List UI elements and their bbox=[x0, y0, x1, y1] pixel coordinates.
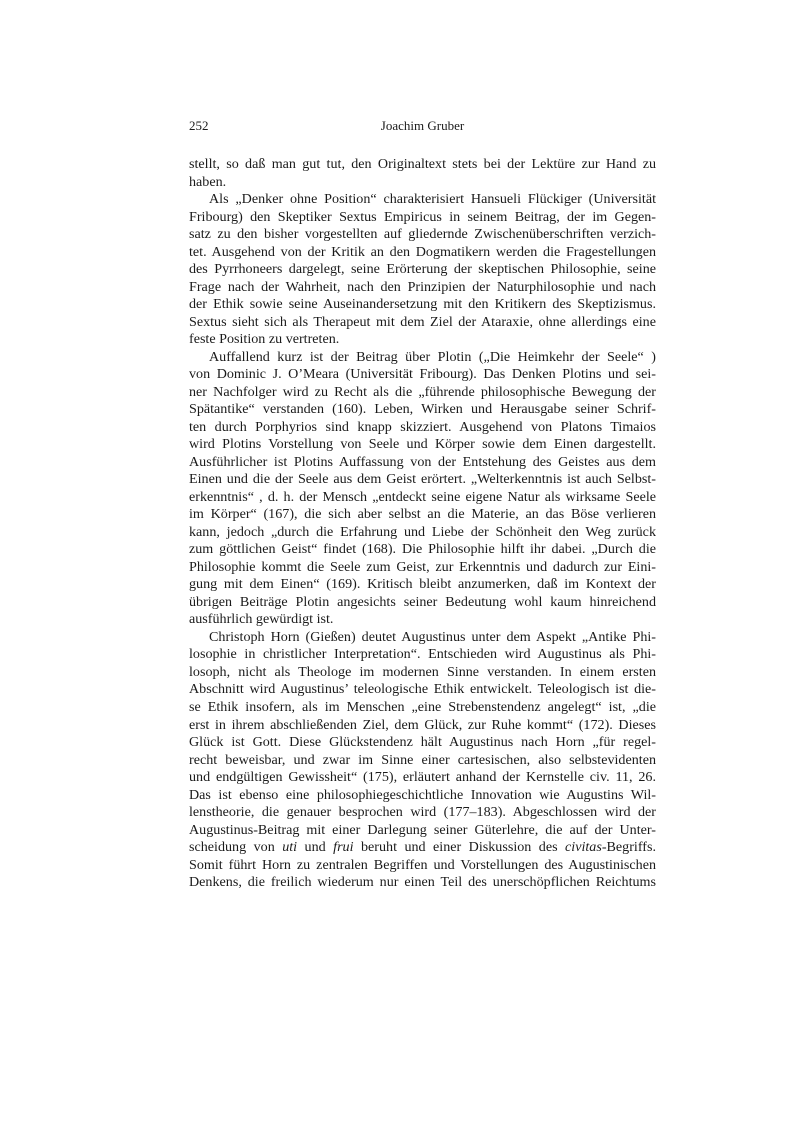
text-line: Ausführlicher ist Plotins Auffassung von… bbox=[189, 454, 656, 472]
text-line: zum göttlichen Geist“ findet (168). Die … bbox=[189, 541, 656, 559]
text-line: Das ist ebenso eine philosophiegeschicht… bbox=[189, 787, 656, 805]
page: 252 Joachim Gruber stellt, so daß man gu… bbox=[189, 112, 656, 892]
italic-term-civitas: civitas bbox=[565, 839, 602, 855]
text-line: und endgültigen Gewissheit“ (175), erläu… bbox=[189, 769, 656, 787]
text-line: Spätantike“ verstanden (160). Leben, Wir… bbox=[189, 401, 656, 419]
italic-term-frui: frui bbox=[333, 839, 353, 855]
text-line: übrigen Beiträge Plotin angesichts seine… bbox=[189, 594, 656, 612]
text-line: recht beweisbar, und zwar im Sinne einer… bbox=[189, 752, 656, 770]
text-line: Christoph Horn (Gießen) deutet Augustinu… bbox=[189, 629, 656, 647]
text-line: ten durch Porphyrios sind knapp skizzier… bbox=[189, 419, 656, 437]
text-line: ausführlich gewürdigt ist. bbox=[189, 611, 656, 629]
text-line: ner Nachfolger wird zu Recht als die „fü… bbox=[189, 384, 656, 402]
text-line: wird Plotins Vorstellung von Seele und K… bbox=[189, 436, 656, 454]
text-line: satz zu den bisher vorgestellten auf gli… bbox=[189, 226, 656, 244]
italic-term-uti: uti bbox=[282, 839, 297, 855]
text-line: stellt, so daß man gut tut, den Original… bbox=[189, 156, 656, 174]
text-run: -Begriffs. bbox=[602, 839, 656, 855]
text-line: Frage nach der Wahrheit, nach den Prinzi… bbox=[189, 279, 656, 297]
body-text: stellt, so daß man gut tut, den Original… bbox=[189, 156, 656, 892]
text-line: Augustinus-Beitrag mit einer Darlegung s… bbox=[189, 822, 656, 840]
text-run: und bbox=[297, 839, 333, 855]
text-line: kann, jedoch „durch die Erfahrung und Li… bbox=[189, 524, 656, 542]
text-line: feste Position zu vertreten. bbox=[189, 331, 656, 349]
text-line: Glück ist Gott. Diese Glückstendenz hält… bbox=[189, 734, 656, 752]
text-line: im Körper“ (167), die sich aber selbst a… bbox=[189, 506, 656, 524]
text-line: se Ethik insofern, als im Menschen „eine… bbox=[189, 699, 656, 717]
text-line: Fribourg) den Skeptiker Sextus Empiricus… bbox=[189, 209, 656, 227]
text-run: scheidung von bbox=[189, 839, 282, 855]
text-line: Denkens, die freilich wiederum nur einen… bbox=[189, 874, 656, 892]
text-line: tet. Ausgehend von der Kritik an den Dog… bbox=[189, 244, 656, 262]
text-line: Einen und die der Seele aus dem Geist er… bbox=[189, 471, 656, 489]
text-line: Als „Denker ohne Position“ charakterisie… bbox=[189, 191, 656, 209]
paragraph: stellt, so daß man gut tut, den Original… bbox=[189, 156, 656, 191]
text-line: erst in ihrem abschließenden Ziel, dem G… bbox=[189, 717, 656, 735]
text-line: lenstheorie, die genauer besprochen wird… bbox=[189, 804, 656, 822]
text-line: Philosophie kommt die Seele zum Geist, z… bbox=[189, 559, 656, 577]
text-line: haben. bbox=[189, 174, 656, 192]
text-run: beruht und einer Diskussion des bbox=[354, 839, 566, 855]
paragraph: Christoph Horn (Gießen) deutet Augustinu… bbox=[189, 629, 656, 892]
page-header: 252 Joachim Gruber bbox=[189, 112, 656, 134]
text-line: erkenntnis“ , d. h. der Mensch „entdeckt… bbox=[189, 489, 656, 507]
text-line: gung mit dem Einen“ (169). Kritisch blei… bbox=[189, 576, 656, 594]
text-line: der Ethik sowie seine Auseinandersetzung… bbox=[189, 296, 656, 314]
text-line: losoph, nicht als Theologe im modernen S… bbox=[189, 664, 656, 682]
text-line: Auffallend kurz ist der Beitrag über Plo… bbox=[189, 349, 656, 367]
text-line: Abschnitt wird Augustinus’ teleologische… bbox=[189, 681, 656, 699]
paragraph: Als „Denker ohne Position“ charakterisie… bbox=[189, 191, 656, 349]
text-line: von Dominic J. O’Meara (Universität Frib… bbox=[189, 366, 656, 384]
text-line-with-italics: scheidung von uti und frui beruht und ei… bbox=[189, 839, 656, 857]
running-head-author: Joachim Gruber bbox=[189, 118, 656, 134]
text-line: Somit führt Horn zu zentralen Begriffen … bbox=[189, 857, 656, 875]
paragraph: Auffallend kurz ist der Beitrag über Plo… bbox=[189, 349, 656, 629]
text-line: des Pyrrhoneers dargelegt, seine Erörter… bbox=[189, 261, 656, 279]
text-line: losophie in christlicher Interpretation“… bbox=[189, 646, 656, 664]
text-line: Sextus sieht sich als Therapeut mit dem … bbox=[189, 314, 656, 332]
